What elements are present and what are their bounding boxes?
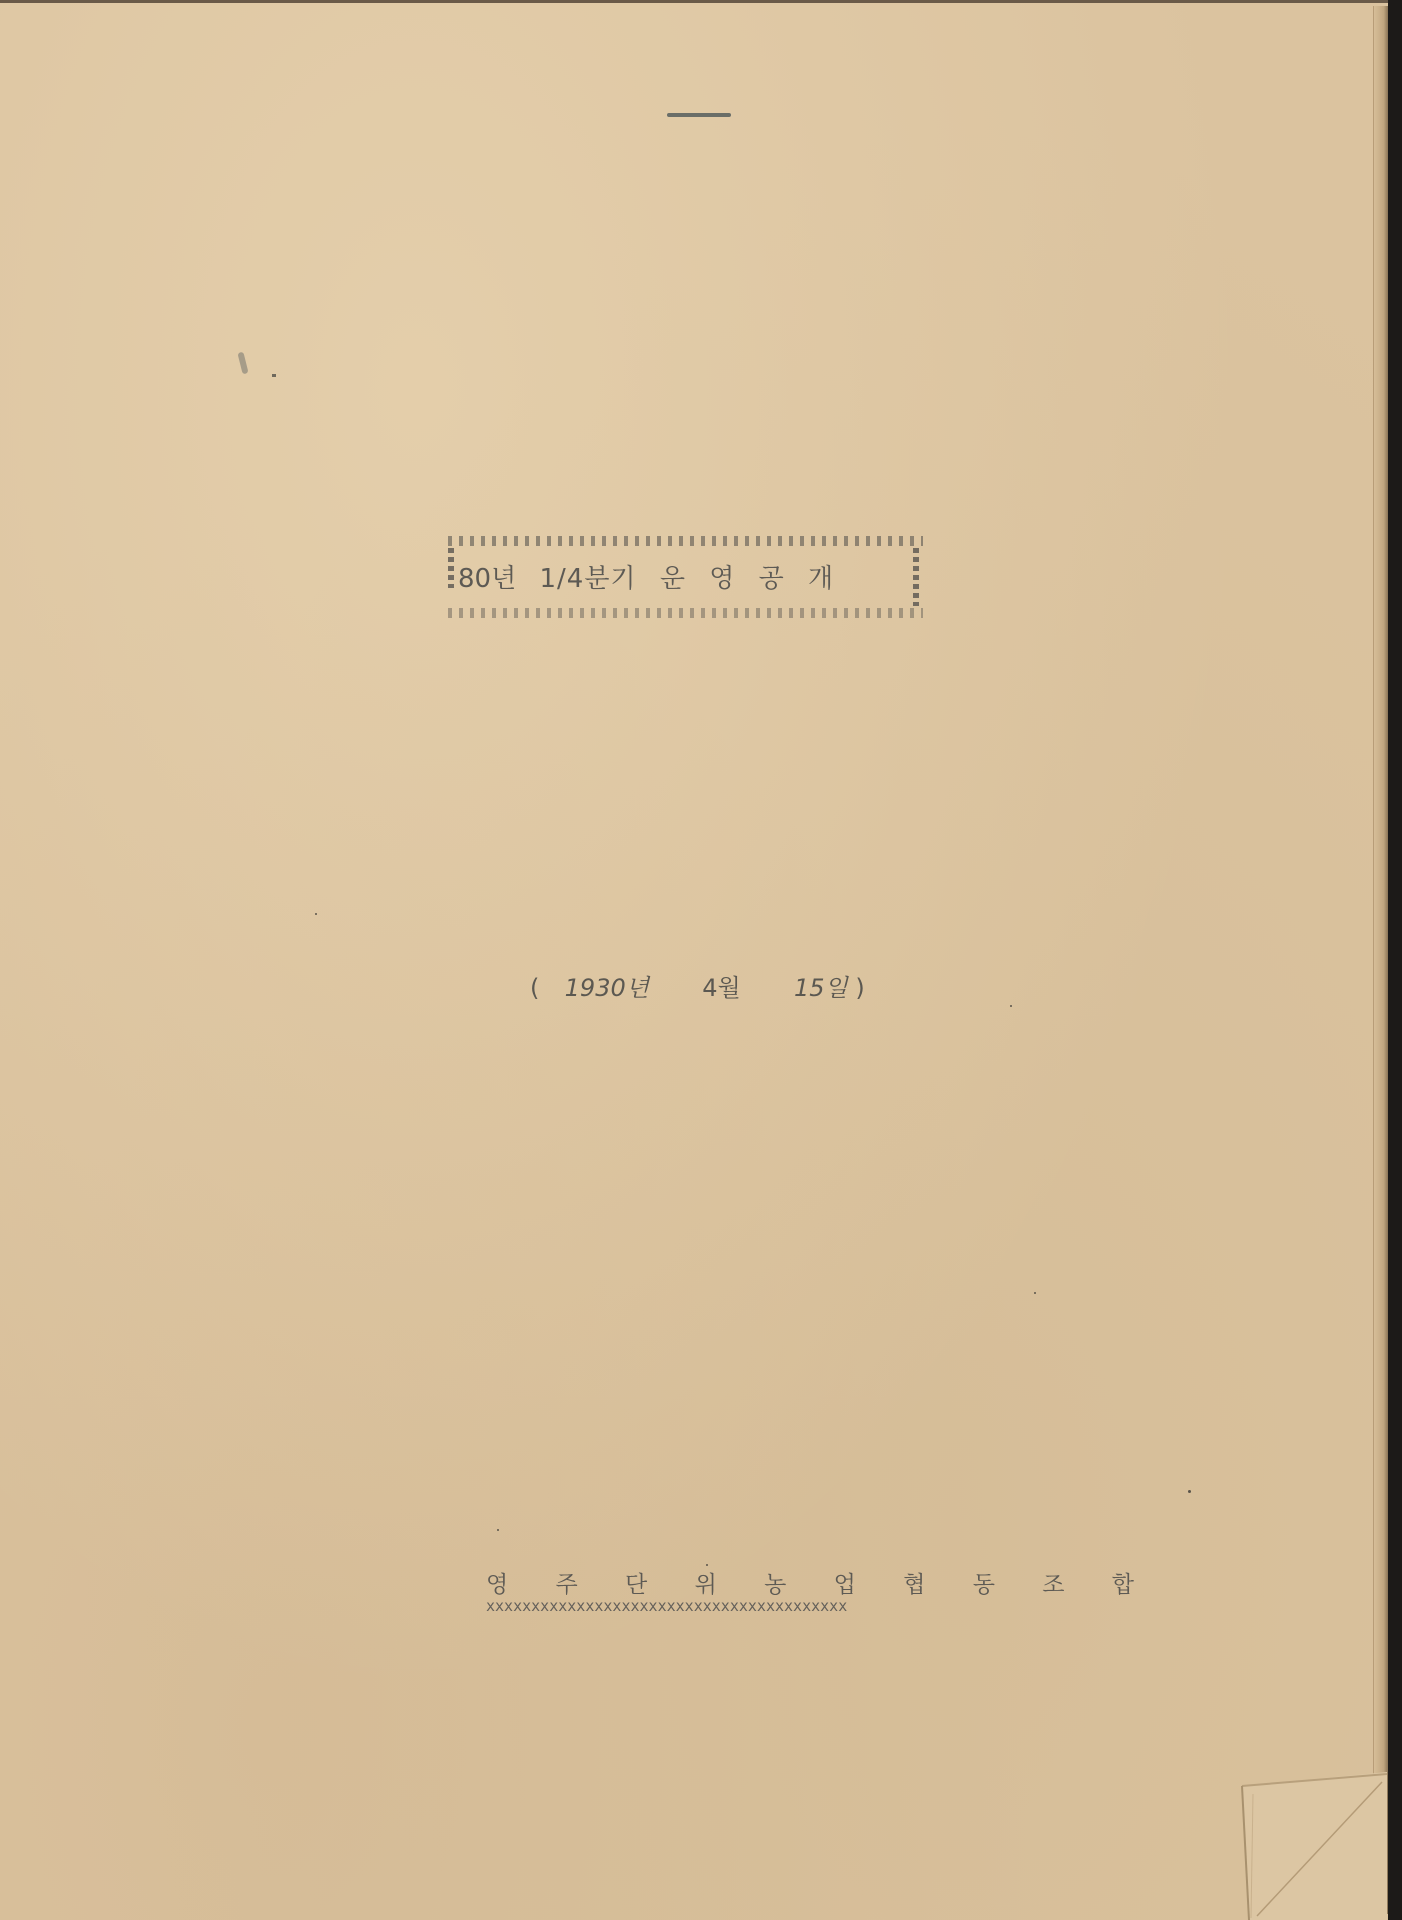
document-date: ( 1930년 4월 15일 ) xyxy=(530,968,865,1003)
title-stamp-box: 80년 1/4분기 운 영 공 개 xyxy=(448,522,923,618)
title-border-top xyxy=(448,536,923,546)
top-edge xyxy=(0,0,1388,3)
date-month: 4월 xyxy=(702,968,740,1003)
organization-x-underline: xxxxxxxxxxxxxxxxxxxxxxxxxxxxxxxxxxxxxxxx xyxy=(486,1599,986,1613)
document-title: 80년 1/4분기 운 영 공 개 xyxy=(458,558,834,595)
title-quarter: 1/4분기 xyxy=(539,564,636,594)
ink-smudge xyxy=(237,352,248,375)
paper-speck xyxy=(497,1529,499,1531)
ink-speck xyxy=(272,374,276,377)
title-border-right xyxy=(913,548,919,606)
date-day: 15일 xyxy=(794,968,848,1003)
paper-speck xyxy=(315,913,317,915)
folded-corner xyxy=(1237,1772,1387,1920)
document-page: 80년 1/4분기 운 영 공 개 ( 1930년 4월 15일 ) 영 주 단… xyxy=(0,0,1388,1920)
issuing-organization: 영 주 단 위 농 업 협 동 조 합 xxxxxxxxxxxxxxxxxxxx… xyxy=(486,1566,986,1613)
title-year: 80년 xyxy=(458,564,516,594)
paper-speck xyxy=(1188,1490,1191,1493)
organization-name: 영 주 단 위 농 업 협 동 조 합 xyxy=(486,1566,986,1599)
paper-speck xyxy=(706,1564,708,1566)
title-border-bottom xyxy=(448,608,923,618)
paper-speck xyxy=(1010,1005,1012,1007)
page-number-dash xyxy=(667,113,731,117)
title-border-left xyxy=(448,548,454,588)
stacked-page-edge xyxy=(1373,6,1388,1914)
date-close-paren: ) xyxy=(855,974,864,1002)
date-open-paren: ( xyxy=(530,974,539,1002)
date-year: 1930년 xyxy=(565,968,649,1003)
title-heading: 운 영 공 개 xyxy=(660,564,834,594)
paper-speck xyxy=(1034,1292,1036,1294)
